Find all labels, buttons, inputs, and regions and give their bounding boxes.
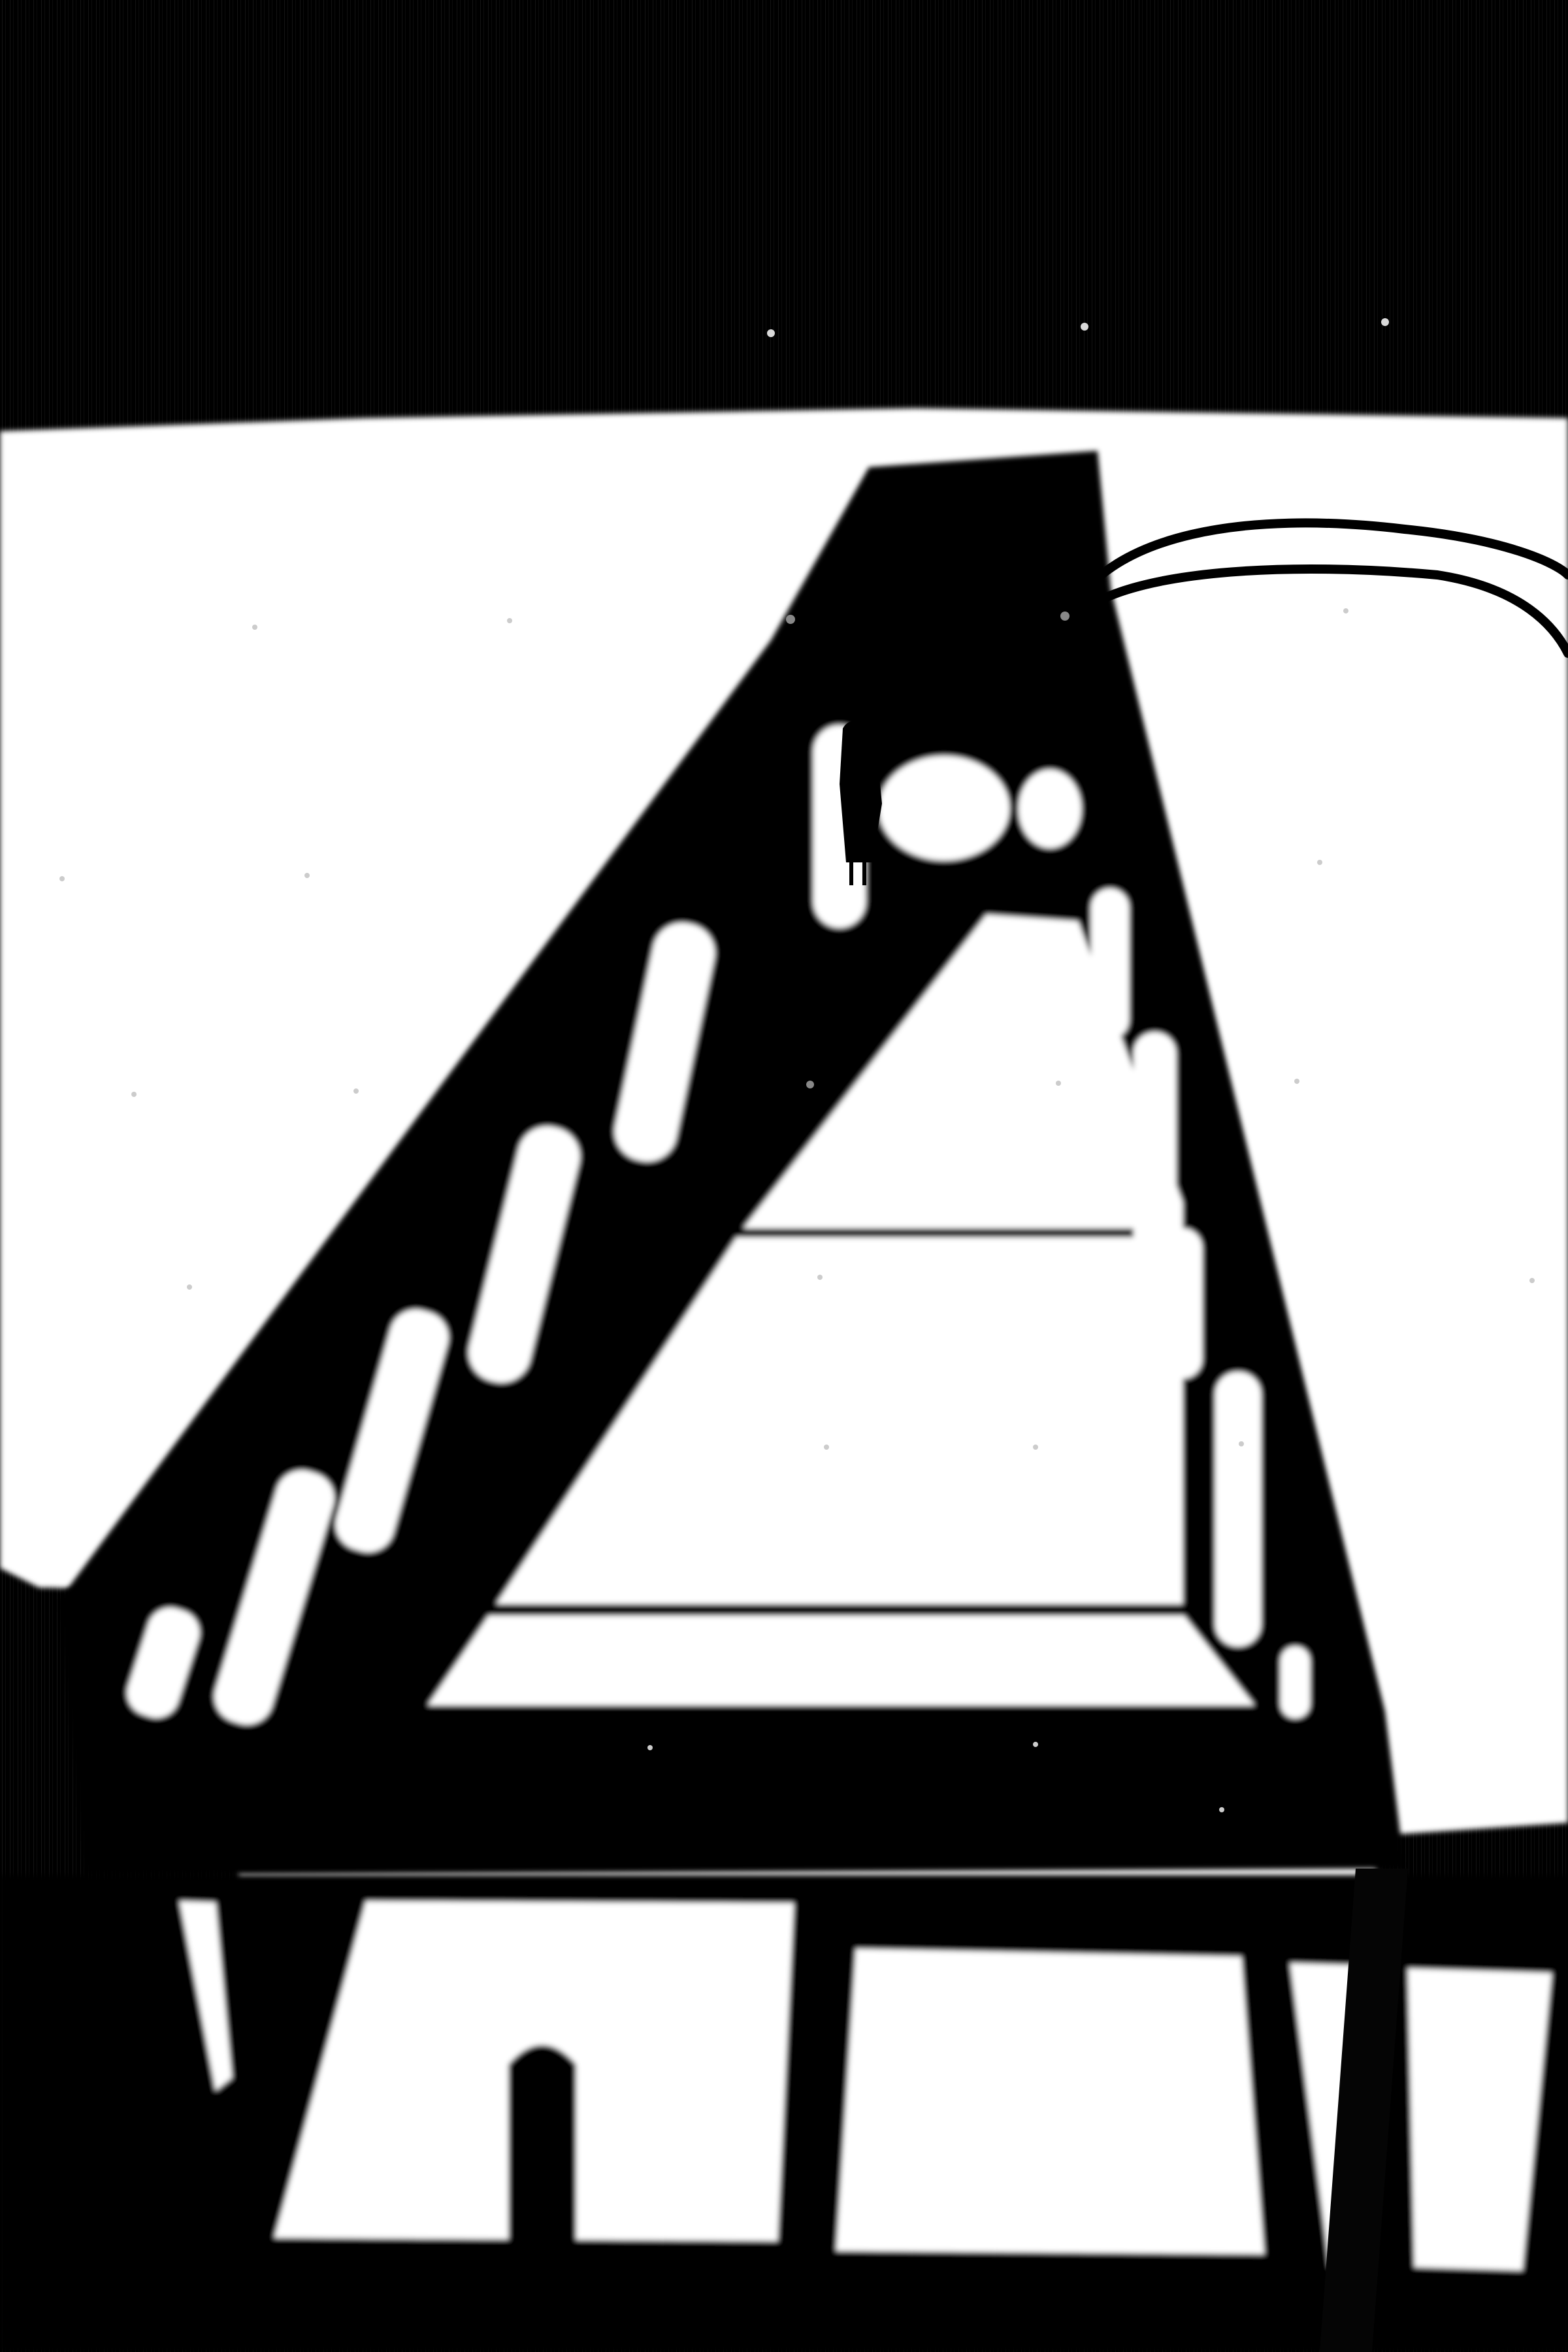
shadow-scene <box>0 0 1568 2352</box>
shadow-photograph: Black and white photo: sunlight patch on… <box>0 0 1568 2352</box>
